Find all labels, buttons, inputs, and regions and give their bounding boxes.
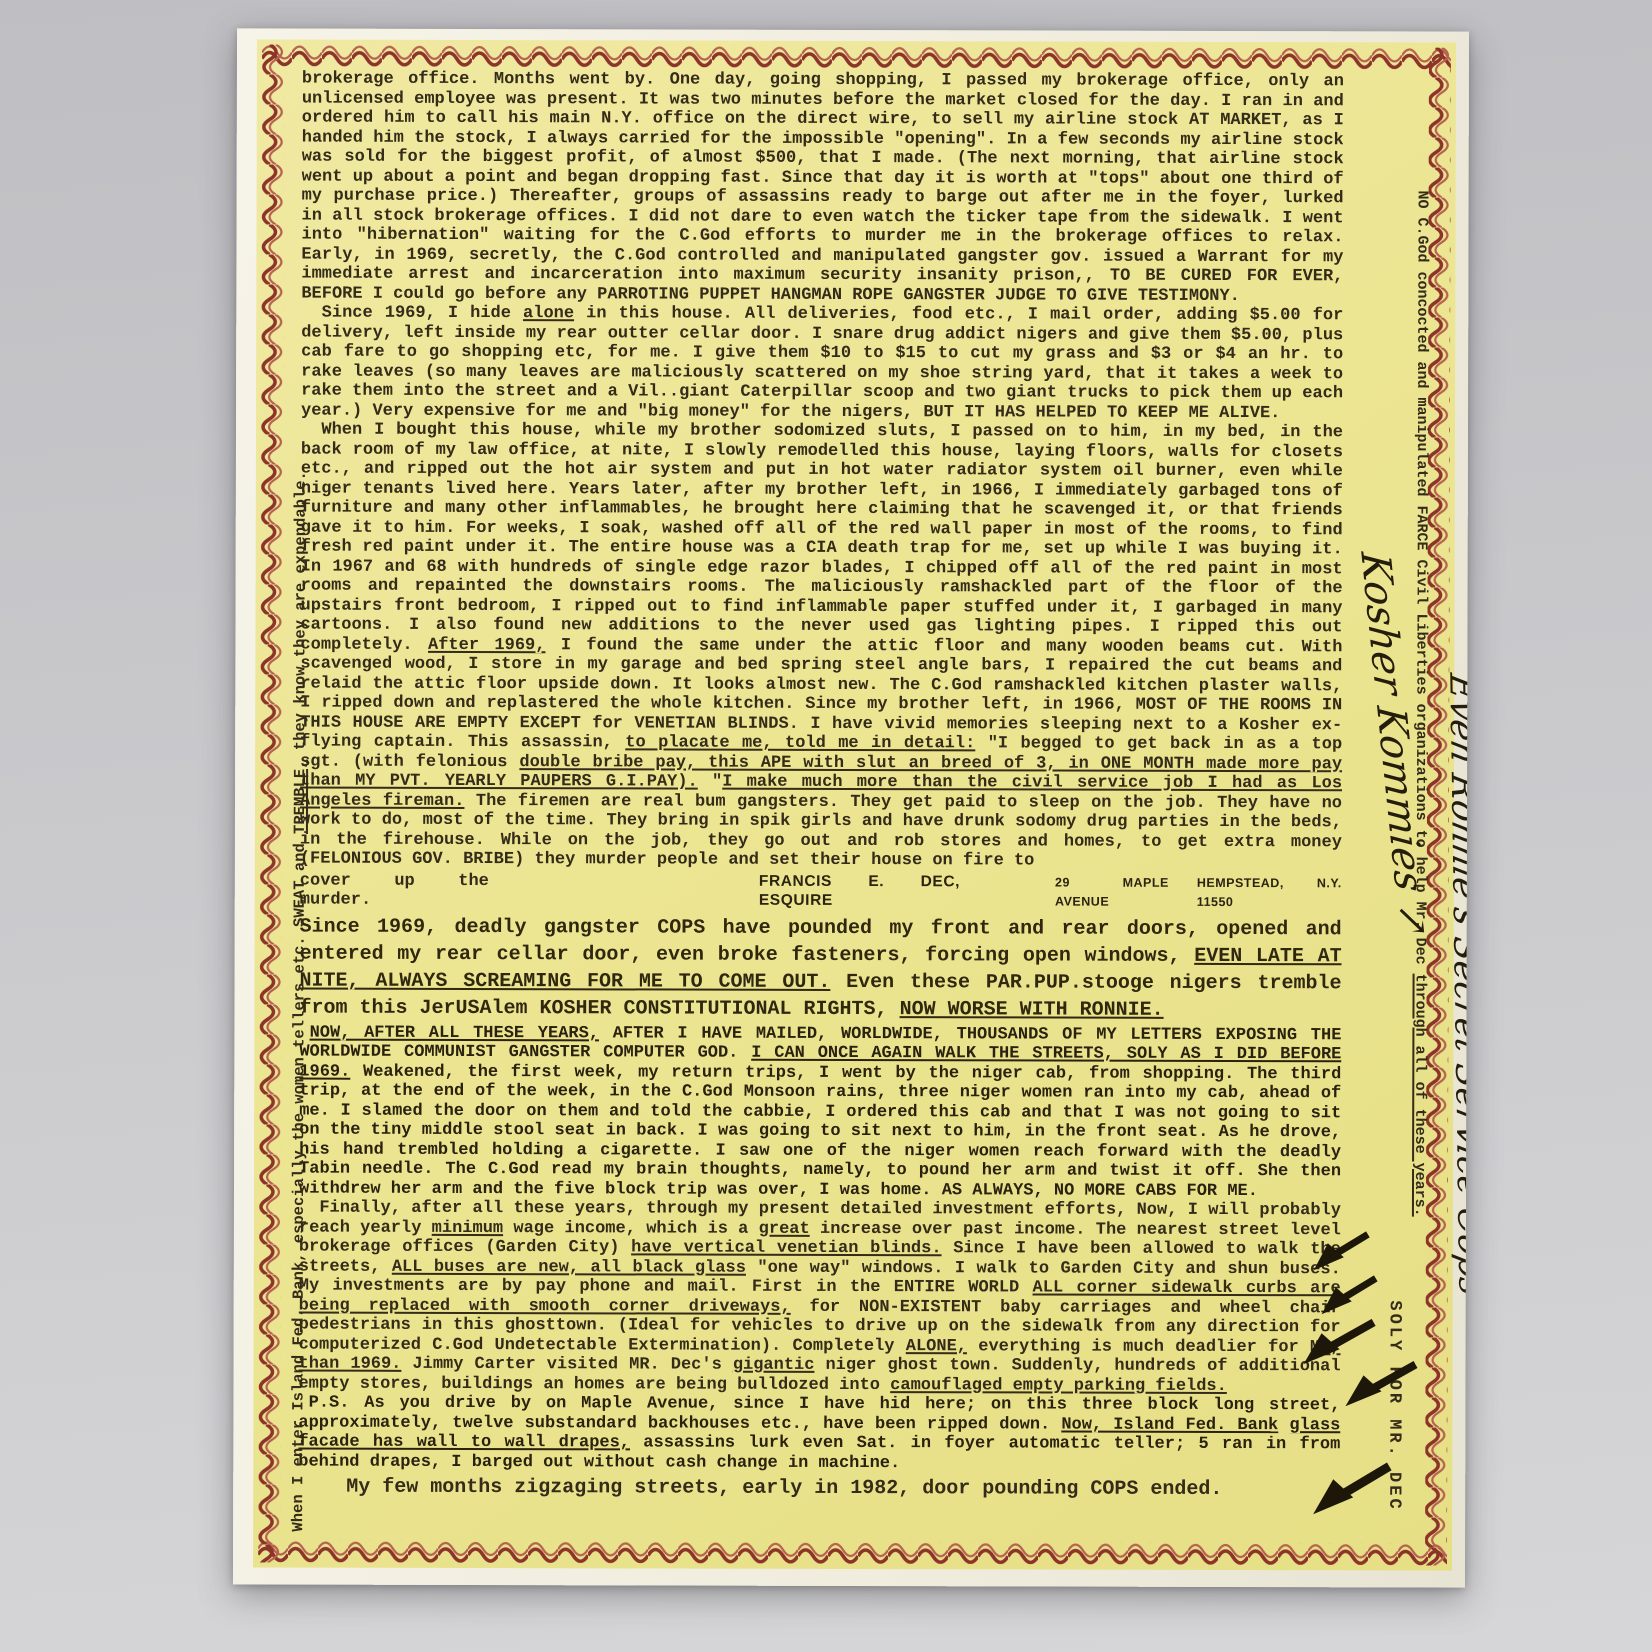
hand-drawn-arrow — [1320, 1274, 1382, 1318]
paragraph-finally: Finally, after all these years, through … — [298, 1199, 1341, 1397]
paragraph-hide-alone: Since 1969, I hide alone in this house. … — [301, 304, 1343, 424]
paragraph-brokerage: brokerage office. Months went by. One da… — [301, 70, 1344, 307]
hand-drawn-arrow — [1311, 1462, 1395, 1518]
letterhead-line: cover up the murder. FRANCIS E. DEC, ESQ… — [300, 870, 1342, 913]
paragraph-ps: P.S. As you drive by on Maple Avenue, si… — [298, 1394, 1340, 1475]
border-left — [258, 44, 284, 1562]
photo-scene: brokerage office. Months went by. One da… — [0, 0, 1652, 1652]
hand-drawn-arrow — [1343, 1360, 1421, 1410]
letterhead-name: FRANCIS E. DEC, ESQUIRE — [759, 871, 960, 911]
document-page: brokerage office. Months went by. One da… — [233, 28, 1469, 1587]
paragraph-house: When I bought this house, while my broth… — [300, 421, 1343, 872]
letterhead-city: HEMPSTEAD, N.Y. 11550 — [1197, 873, 1342, 912]
letterhead-lead-text: cover up the murder. — [300, 871, 489, 910]
left-margin-vertical-text: When I enter Island Fed. Bank, especiall… — [289, 172, 311, 1532]
letterhead-address: 29 MAPLE AVENUE — [1055, 873, 1169, 912]
paragraph-final: My few months zigzaging streets, early i… — [298, 1475, 1340, 1504]
hand-drawn-arrow — [1312, 1230, 1374, 1274]
paragraph-gangster-cops: Since 1969, deadly gangster COPS have po… — [299, 913, 1341, 1024]
typewritten-text-column: brokerage office. Months went by. One da… — [298, 70, 1344, 1547]
border-top — [262, 44, 1451, 69]
paragraph-after-all-these-years: NOW, AFTER ALL THESE YEARS, AFTER I HAVE… — [299, 1023, 1341, 1201]
paper-front: brokerage office. Months went by. One da… — [253, 39, 1456, 1570]
